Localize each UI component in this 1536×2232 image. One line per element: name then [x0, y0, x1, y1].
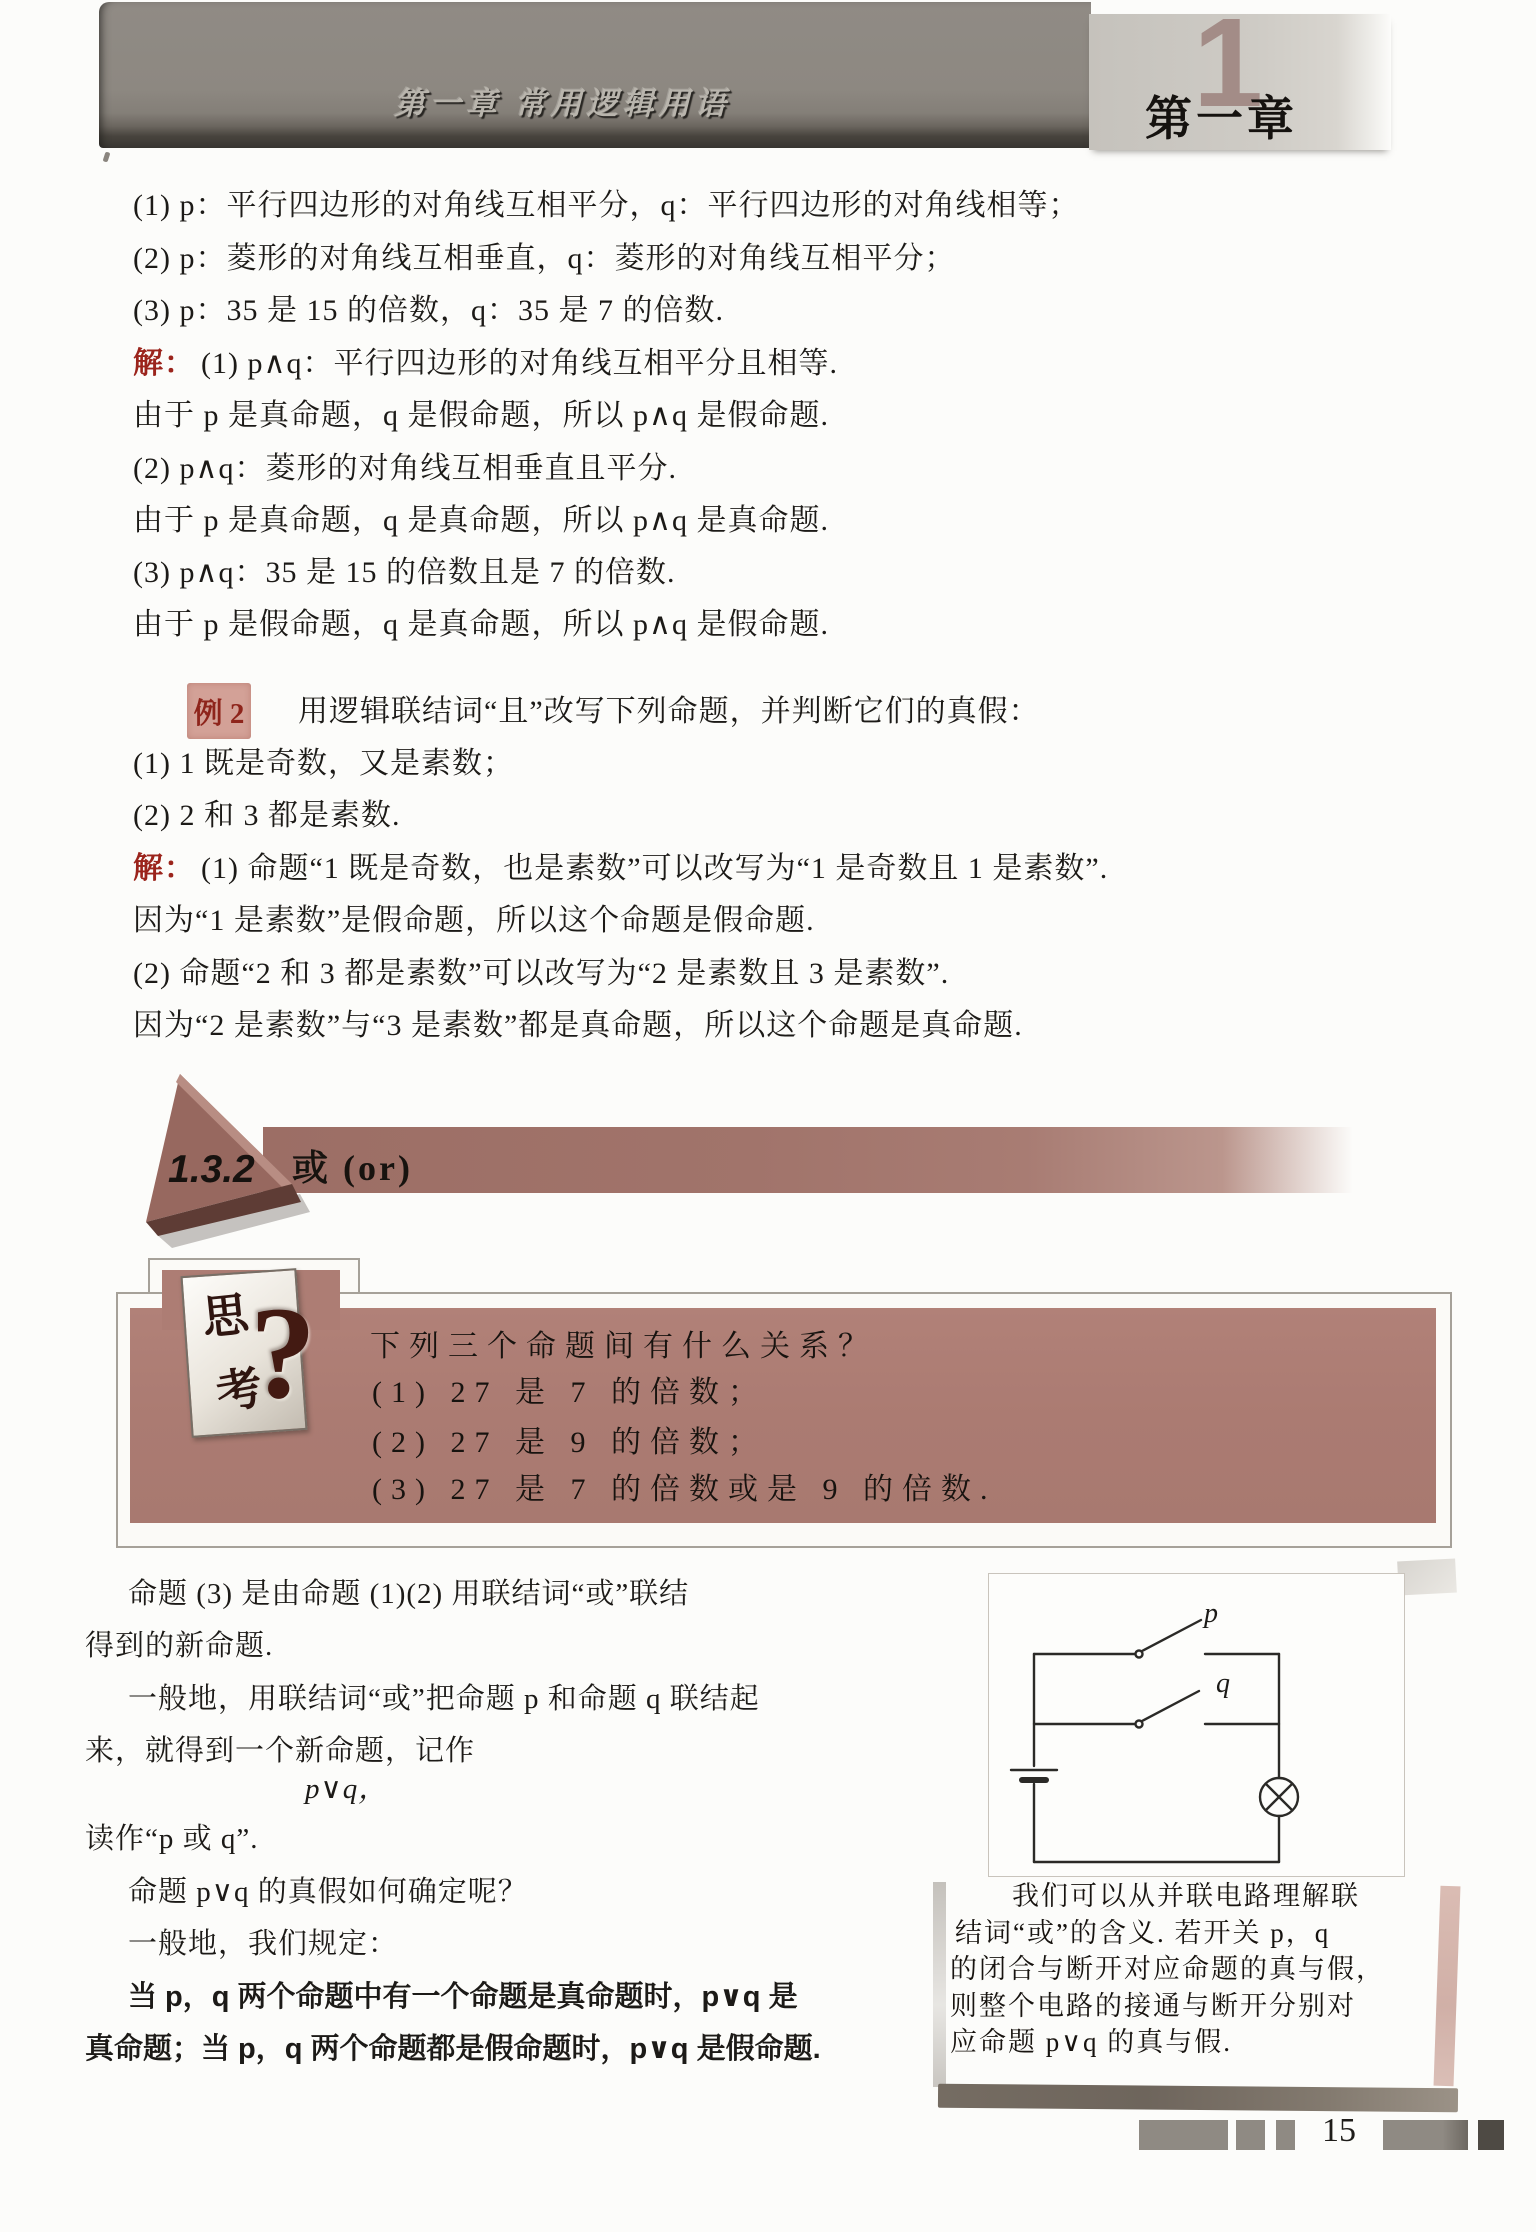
solution-line: 由于 p 是真命题，q 是真命题，所以 p∧q 是真命题. [133, 501, 829, 541]
switch-p-arm [1142, 1620, 1201, 1651]
think-line: 下列三个命题间有什么关系？ [370, 1327, 877, 1367]
lamp-cross [1266, 1784, 1292, 1810]
rule-line-bold: 当 p，q 两个命题中有一个命题是真命题时，p∨q 是 [128, 1977, 798, 2017]
example2-line: (2) 2 和 3 都是素数. [133, 796, 400, 836]
solution-line: (3) p∧q：35 是 15 的倍数且是 7 的倍数. [133, 553, 675, 593]
body-line: 一般地，我们规定： [128, 1924, 398, 1964]
solution-line: 由于 p 是假命题，q 是真命题，所以 p∧q 是假命题. [133, 605, 829, 645]
body-line: 读作“p 或 q”. [85, 1819, 259, 1859]
circuit-diagram-icon [989, 1574, 1402, 1874]
note-line: 应命题 p∨q 的真与假. [950, 2024, 1232, 2061]
example2-badge: 例 2 [187, 683, 251, 739]
note-line: 结词“或”的含义. 若开关 p，q [955, 1915, 1330, 1952]
think-line: (1) 27 是 7 的倍数； [372, 1373, 767, 1413]
note-line: 则整个电路的接通与断开分别对 [950, 1988, 1356, 2025]
footer-block [1276, 2120, 1295, 2150]
scrap-left-edge [933, 1882, 946, 2087]
solution-line: 解：(1) p∧q：平行四边形的对角线互相平分且相等. [133, 344, 838, 384]
solution-line: 由于 p 是真命题，q 是假命题，所以 p∧q 是假命题. [133, 396, 829, 436]
given-line: (2) p：菱形的对角线互相垂直，q：菱形的对角线互相平分； [133, 239, 955, 279]
footer-block [1383, 2120, 1468, 2150]
switch-q-label: q [1216, 1668, 1230, 1700]
example2-solution-line: (2) 命题“2 和 3 都是素数”可以改写为“2 是素数且 3 是素数”. [133, 954, 949, 994]
rule-line-bold: 真命题；当 p，q 两个命题都是假命题时，p∨q 是假命题. [85, 2029, 821, 2069]
example2-solution-line: 因为“2 是素数”与“3 是素数”都是真命题，所以这个命题是真命题. [133, 1006, 1023, 1046]
body-line: 命题 (3) 是由命题 (1)(2) 用联结词“或”联结 [128, 1574, 689, 1614]
given-line: (1) p：平行四边形的对角线互相平分，q：平行四边形的对角线相等； [133, 186, 1079, 226]
textbook-page: 第一章 常用逻辑用语 1 第一章 (1) p：平行四边形的对角线互相平分，q：平… [0, 0, 1536, 2232]
footer-block [1139, 2120, 1228, 2150]
think-line: (3) 27 是 7 的倍数或是 9 的倍数. [372, 1470, 996, 1510]
example2-solution-line: 因为“1 是素数”是假命题，所以这个命题是假命题. [133, 901, 815, 941]
example2-prompt: 用逻辑联结词“且”改写下列命题，并判断它们的真假： [298, 692, 1040, 732]
switch-q-arm [1142, 1691, 1199, 1721]
section-header-bar [263, 1127, 1353, 1193]
note-line: 的闭合与断开对应命题的真与假， [950, 1951, 1385, 1988]
think-line: (2) 27 是 9 的倍数； [372, 1423, 767, 1463]
note-line: 我们可以从并联电路理解联 [1012, 1878, 1360, 1915]
solution-label: 解： [133, 852, 195, 885]
chapter-banner-title: 第一章 常用逻辑用语 [394, 78, 731, 123]
body-line: 来，就得到一个新命题，记作 [85, 1731, 475, 1771]
question-mark-icon: ? [250, 1268, 316, 1438]
example2-line: (1) 1 既是奇数，又是素数； [133, 744, 514, 784]
chapter-header-banner: 第一章 常用逻辑用语 [99, 2, 1091, 148]
parallel-circuit-figure [988, 1573, 1405, 1877]
section-title: 或 (or) [292, 1140, 413, 1191]
page-number: 15 [1322, 2112, 1356, 2150]
body-line: 命题 p∨q 的真假如何确定呢？ [128, 1872, 528, 1912]
solution-line: (2) p∧q：菱形的对角线互相垂直且平分. [133, 449, 677, 489]
footer-block-dark [1478, 2120, 1504, 2150]
example2-solution-line: 解：(1) 命题“1 既是奇数，也是素数”可以改写为“1 是奇数且 1 是素数”… [133, 849, 1108, 889]
switch-q-pivot [1136, 1721, 1143, 1728]
scan-speck [103, 151, 111, 162]
footer-block [1236, 2120, 1265, 2150]
chapter-tab: 1 第一章 [1089, 14, 1391, 150]
solution-label: 解： [133, 347, 195, 380]
switch-p-label: p [1204, 1598, 1218, 1630]
scrap-bottom-shadow [938, 2084, 1458, 2113]
think-icon-char-top: 思 [199, 1278, 252, 1348]
given-line: (3) p：35 是 15 的倍数，q：35 是 7 的倍数. [133, 291, 724, 331]
formula-p-or-q: p∨q， [305, 1769, 388, 1809]
body-line: 得到的新命题. [85, 1626, 273, 1666]
scrap-right-edge [1434, 1886, 1461, 2087]
body-line: 一般地，用联结词“或”把命题 p 和命题 q 联结起 [128, 1679, 760, 1719]
chapter-tab-label: 第一章 [1145, 82, 1298, 149]
section-number: 1.3.2 [168, 1148, 255, 1192]
scrap-corner-shading [1397, 1559, 1457, 1596]
switch-p-pivot [1136, 1651, 1143, 1658]
